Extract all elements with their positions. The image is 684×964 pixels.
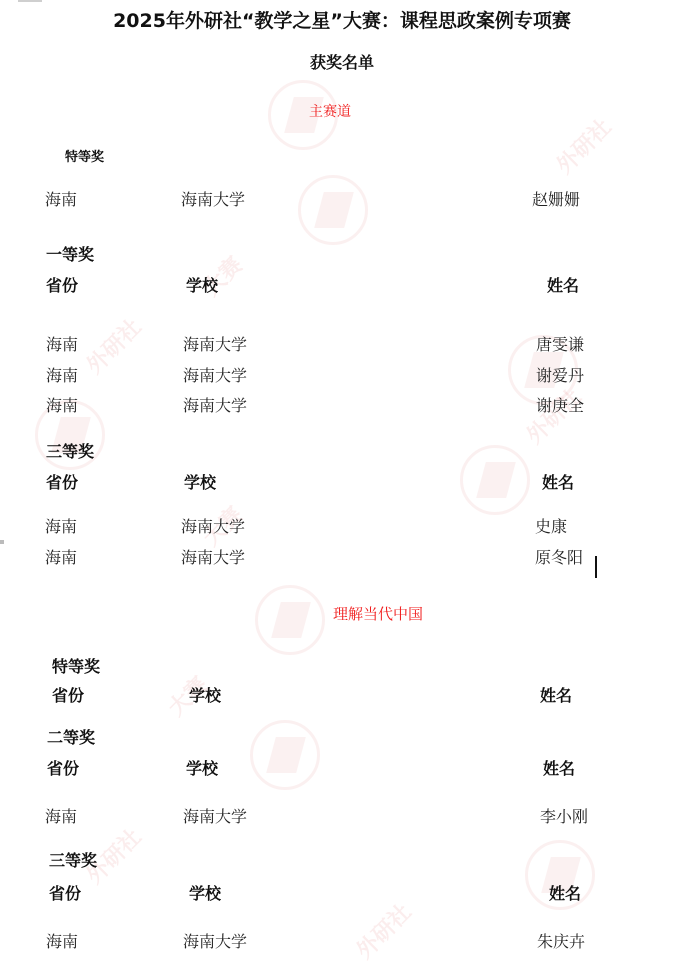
watermark-seal <box>460 445 530 515</box>
cell-province: 海南 <box>46 929 78 952</box>
page-subtitle: 获奖名单 <box>0 50 684 73</box>
margin-mark <box>0 540 4 544</box>
award-heading: 一等奖 <box>46 242 94 265</box>
cell-province: 海南 <box>46 393 78 416</box>
column-header-name: 姓名 <box>542 470 574 493</box>
watermark-text: 外研社 <box>79 311 148 380</box>
cell-name: 赵姗姗 <box>532 187 580 210</box>
cell-school: 海南大学 <box>183 929 247 952</box>
column-header-name: 姓名 <box>540 683 572 706</box>
page-title: 2025年外研社“教学之星”大赛：课程思政案例专项赛 <box>0 6 684 33</box>
column-header-province: 省份 <box>46 470 78 493</box>
watermark-text: 外研社 <box>349 896 418 964</box>
cell-school: 海南大学 <box>183 363 247 386</box>
cell-name: 李小刚 <box>540 804 588 827</box>
column-header-name: 姓名 <box>549 881 581 904</box>
column-header-province: 省份 <box>46 273 78 296</box>
track-label: 理解当代中国 <box>333 603 423 624</box>
column-header-school: 学校 <box>186 273 218 296</box>
cell-province: 海南 <box>46 332 78 355</box>
column-header-name: 姓名 <box>547 273 579 296</box>
cell-name: 原冬阳 <box>535 545 583 568</box>
cell-province: 海南 <box>45 187 77 210</box>
cell-school: 海南大学 <box>183 804 247 827</box>
column-header-province: 省份 <box>49 881 81 904</box>
column-header-school: 学校 <box>184 470 216 493</box>
cell-name: 朱庆卉 <box>537 929 585 952</box>
column-header-province: 省份 <box>52 683 84 706</box>
cell-school: 海南大学 <box>181 545 245 568</box>
watermark-text: 外研社 <box>549 111 618 180</box>
award-heading: 三等奖 <box>46 439 94 462</box>
column-header-school: 学校 <box>186 756 218 779</box>
award-heading: 特等奖 <box>52 654 100 677</box>
column-header-school: 学校 <box>189 683 221 706</box>
cell-name: 谢庚全 <box>536 393 584 416</box>
cell-name: 史康 <box>535 514 567 537</box>
award-heading: 三等奖 <box>49 848 97 871</box>
watermark-seal <box>298 175 368 245</box>
cell-school: 海南大学 <box>183 393 247 416</box>
cell-name: 唐雯谦 <box>536 332 584 355</box>
award-heading: 二等奖 <box>47 725 95 748</box>
cell-province: 海南 <box>45 545 77 568</box>
cell-school: 海南大学 <box>181 514 245 537</box>
text-cursor <box>595 556 597 578</box>
column-header-province: 省份 <box>47 756 79 779</box>
watermark-seal <box>250 720 320 790</box>
cell-name: 谢爱丹 <box>536 363 584 386</box>
award-heading: 特等奖 <box>65 146 104 165</box>
page-corner-mark <box>18 0 42 2</box>
column-header-name: 姓名 <box>543 756 575 779</box>
cell-school: 海南大学 <box>181 187 245 210</box>
track-label: 主赛道 <box>309 101 351 121</box>
column-header-school: 学校 <box>189 881 221 904</box>
cell-province: 海南 <box>46 363 78 386</box>
cell-province: 海南 <box>45 514 77 537</box>
cell-province: 海南 <box>45 804 77 827</box>
watermark-seal <box>255 585 325 655</box>
cell-school: 海南大学 <box>183 332 247 355</box>
